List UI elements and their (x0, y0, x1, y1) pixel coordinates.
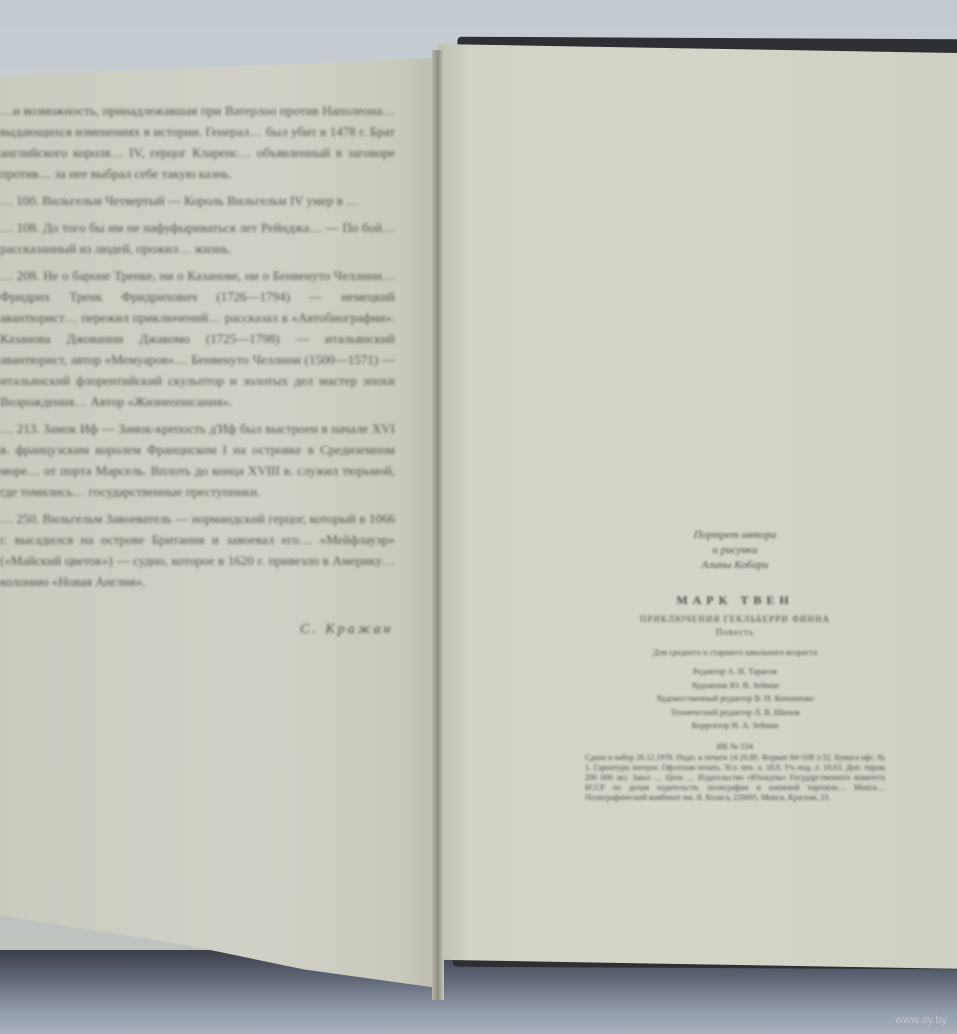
left-page-notes: …и возможность, принадлежавшая при Ватер… (0, 100, 395, 598)
credits-list: Редактор А. Н. Тарасов Художник Ю. В. Зе… (585, 665, 885, 733)
illustration-credit-line: Портрет автора (585, 528, 885, 543)
note-paragraph: … 108. До того бы им не нафуфыриваться л… (0, 217, 395, 259)
note-paragraph: … 208. Не о бароне Тренке, ни о Казанове… (0, 265, 395, 412)
book-title: ПРИКЛЮЧЕНИЯ ГЕКЛЬБЕРРИ ФИННА (585, 614, 885, 624)
right-page (438, 44, 957, 969)
credit-line: Художественный редактор В. Н. Кононенко (585, 692, 885, 706)
book-spine (432, 50, 444, 1000)
illustration-credit-line: и рисунки (585, 543, 885, 558)
credit-line: Редактор А. Н. Тарасов (585, 665, 885, 679)
illustration-credit-line: Алины Кобари (585, 558, 885, 573)
credit-line: Корректор Н. А. Зейман (585, 719, 885, 733)
note-paragraph: … 213. Замок Иф — Замок-крепость д'Иф бы… (0, 418, 395, 502)
note-paragraph: … 100. Вильгельм Четвертый — Король Виль… (0, 190, 395, 211)
credit-line: Художник Ю. В. Зейман (585, 679, 885, 693)
colophon: Портрет автора и рисунки Алины Кобари МА… (585, 528, 885, 803)
watermark: www.ay.by (895, 1014, 947, 1026)
publication-code: ИБ № 534 (585, 741, 885, 751)
note-paragraph: … 250. Вильгельм Завоеватель — нормандск… (0, 508, 395, 592)
book-genre: Повесть (585, 627, 885, 637)
note-paragraph: …и возможность, принадлежавшая при Ватер… (0, 100, 395, 184)
book-author: МАРК ТВЕН (585, 593, 885, 608)
imprint-text: Сдано в набор 26.12.1978. Подп. к печати… (585, 753, 885, 803)
credit-line: Технический редактор Л. В. Шихов (585, 706, 885, 720)
age-group: Для среднего и старшего школьного возрас… (585, 647, 885, 657)
notes-signature: С. Кражан (300, 622, 393, 638)
